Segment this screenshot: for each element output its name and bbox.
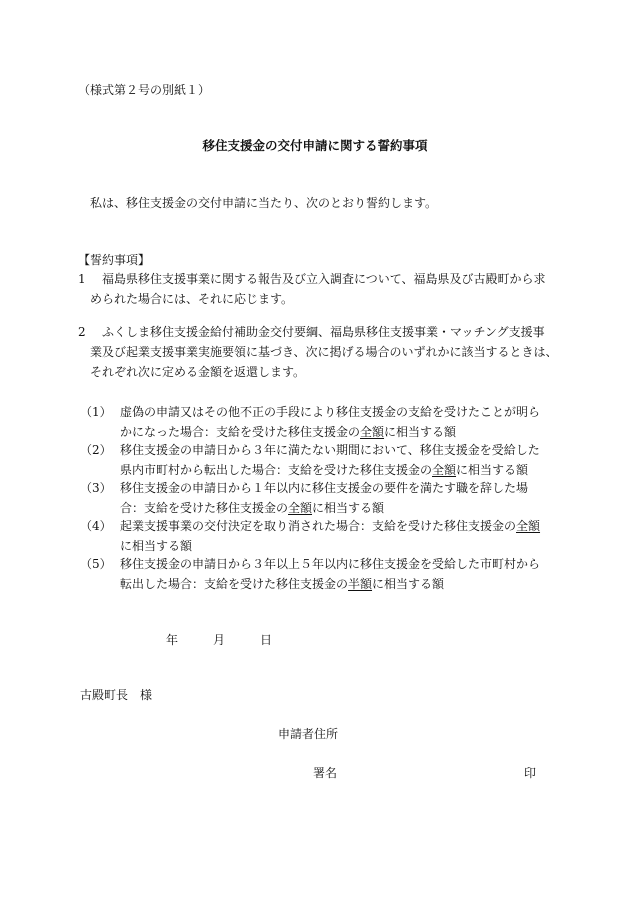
clause-number: 2 (78, 322, 86, 342)
document-page: （様式第２号の別紙１） 移住支援金の交付申請に関する誓約事項 私は、移住支援金の… (0, 0, 630, 903)
clause-line: められた場合には、それに応じます。 (90, 289, 293, 309)
item-line: 転出した場合：支給を受けた移住支援金の半額に相当する額 (120, 574, 444, 594)
underlined-amount: 全額 (516, 519, 540, 533)
underlined-amount: 全額 (288, 501, 312, 515)
item-line: 合：支給を受けた移住支援金の全額に相当する額 (120, 498, 384, 518)
item-line: 移住支援金の申請日から３年以上５年以内に移住支援金を受給した市町村から (120, 554, 540, 574)
underlined-amount: 全額 (432, 463, 456, 477)
clause-line: 業及び起業支援事業実施要領に基づき、次に掲げる場合のいずれかに該当するときは、 (90, 342, 558, 362)
item-line: かになった場合：支給を受けた移住支援金の全額に相当する額 (120, 422, 456, 442)
underlined-amount: 半額 (348, 577, 372, 591)
clause-line: それぞれ次に定める金額を返還します。 (90, 362, 305, 382)
item-line: 起業支援事業の交付決定を取り消された場合：支給を受けた移住支援金の全額 (120, 516, 540, 536)
document-title: 移住支援金の交付申請に関する誓約事項 (0, 136, 630, 156)
item-line: に相当する額 (120, 536, 192, 556)
item-number: （1） (80, 402, 112, 422)
pledge-section-heading: 【誓約事項】 (78, 250, 150, 270)
item-text: に相当する額 (384, 425, 456, 439)
item-text: 県内市町村から転出した場合：支給を受けた移住支援金の (120, 463, 432, 477)
item-text: 転出した場合：支給を受けた移住支援金の (120, 577, 348, 591)
seal-mark: 印 (524, 763, 536, 783)
date-day-field[interactable]: 日 (260, 630, 272, 650)
item-line: 県内市町村から転出した場合：支給を受けた移住支援金の全額に相当する額 (120, 460, 528, 480)
item-number: （3） (80, 478, 112, 498)
applicant-address-field[interactable]: 申請者住所 (278, 724, 338, 744)
item-text: に相当する額 (456, 463, 528, 477)
item-line: 虚偽の申請又はその他不正の手段により移住支援金の支給を受けたことが明ら (120, 402, 540, 422)
item-text: に相当する額 (372, 577, 444, 591)
item-text: 起業支援事業の交付決定を取り消された場合：支給を受けた移住支援金の (120, 519, 516, 533)
intro-statement: 私は、移住支援金の交付申請に当たり、次のとおり誓約します。 (90, 193, 437, 213)
form-number-label: （様式第２号の別紙１） (78, 80, 210, 100)
date-month-field[interactable]: 月 (213, 630, 225, 650)
underlined-amount: 全額 (360, 425, 384, 439)
item-line: 移住支援金の申請日から１年以内に移住支援金の要件を満たす職を辞した場 (120, 478, 528, 498)
item-number: （5） (80, 554, 112, 574)
item-text: に相当する額 (312, 501, 384, 515)
item-text: 合：支給を受けた移住支援金の (120, 501, 288, 515)
clause-number: 1 (78, 269, 86, 289)
item-number: （2） (80, 440, 112, 460)
signature-field[interactable]: 署名 (313, 763, 337, 783)
date-year-field[interactable]: 年 (166, 630, 178, 650)
addressee: 古殿町長 様 (80, 685, 152, 705)
item-number: （4） (80, 516, 112, 536)
clause-line: 福島県移住支援事業に関する報告及び立入調査について、福島県及び古殿町から求 (102, 269, 546, 289)
item-text: かになった場合：支給を受けた移住支援金の (120, 425, 360, 439)
item-line: 移住支援金の申請日から３年に満たない期間において、移住支援金を受給した (120, 440, 540, 460)
clause-line: ふくしま移住支援金給付補助金交付要綱、福島県移住支援事業・マッチング支援事 (102, 322, 545, 342)
